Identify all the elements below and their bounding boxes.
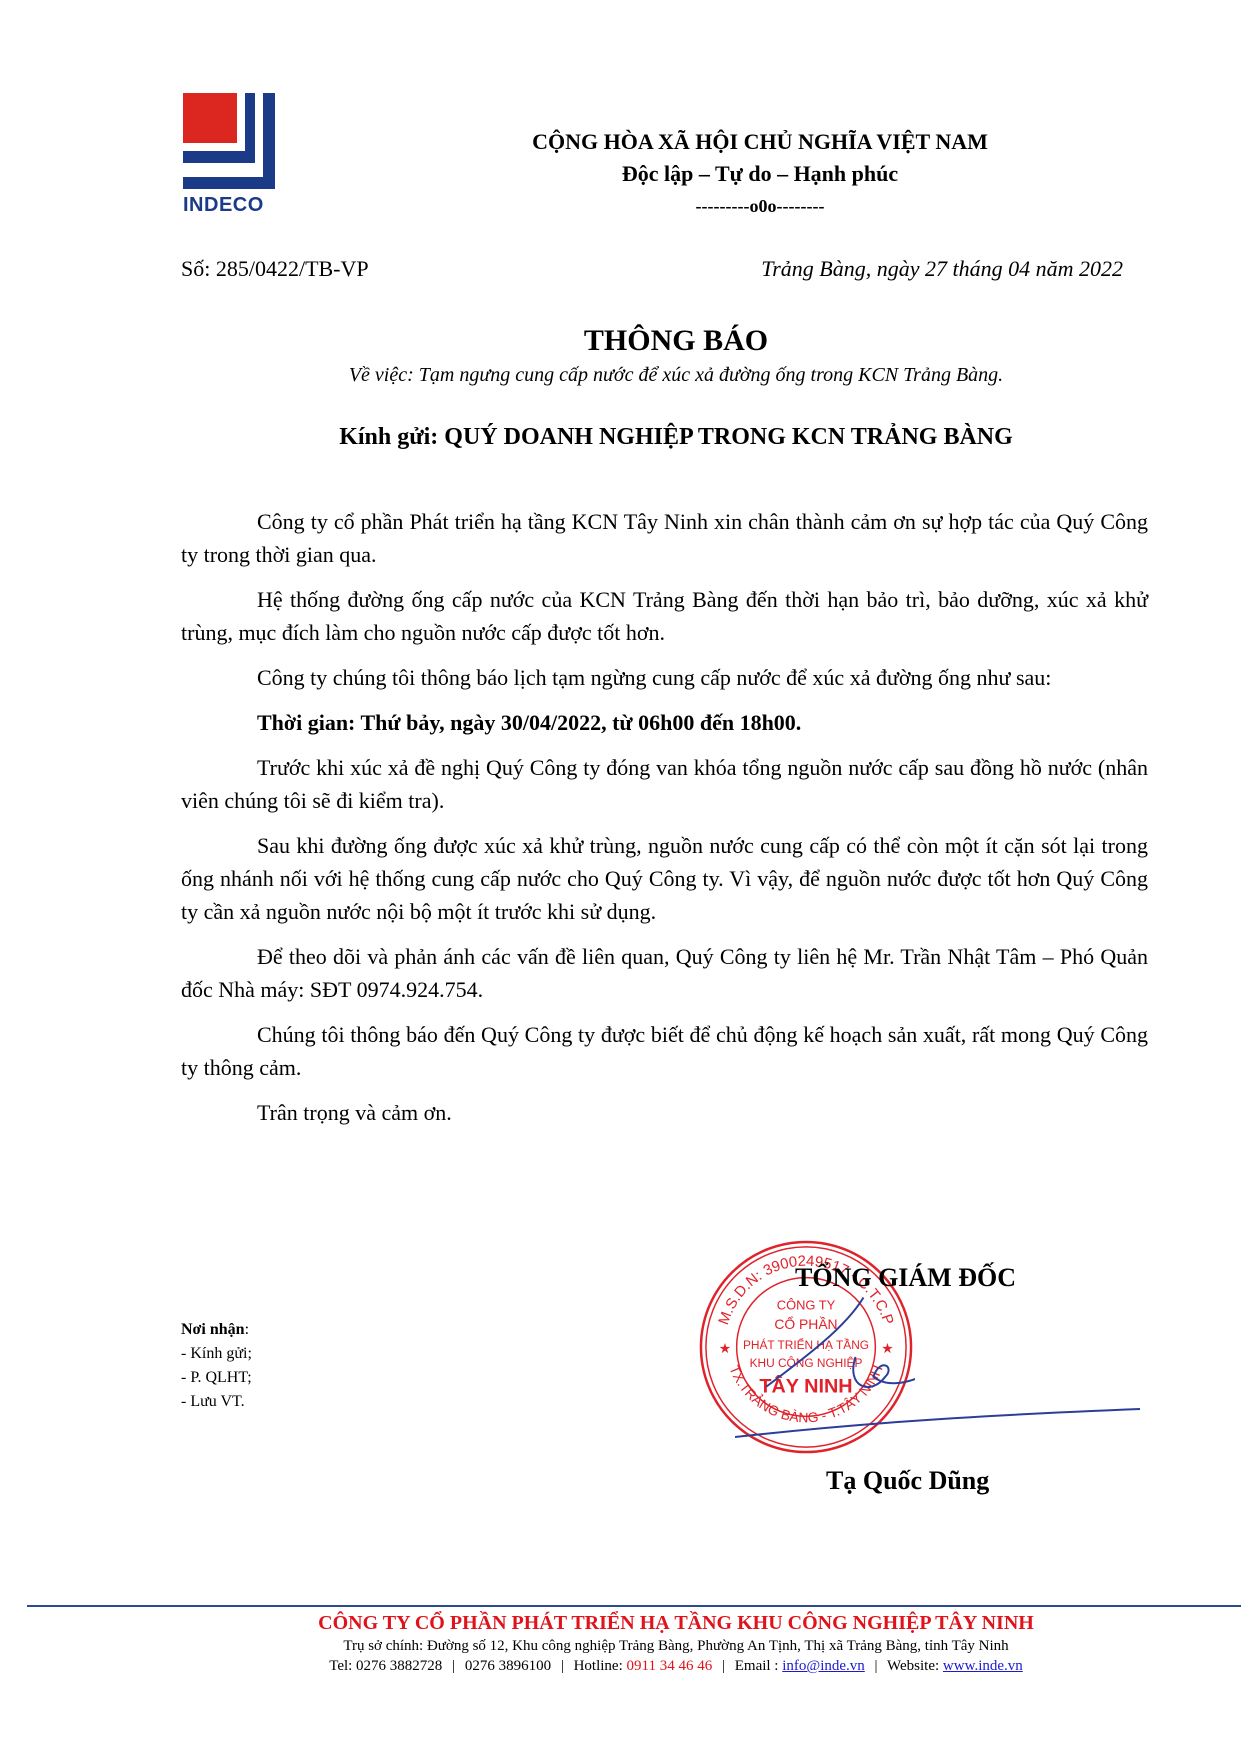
receivers-heading: Nơi nhận xyxy=(181,1321,245,1338)
footer-tel: Tel: 0276 3882728 xyxy=(329,1658,442,1674)
footer-email-link[interactable]: info@inde.vn xyxy=(782,1658,865,1674)
body-paragraph: Trước khi xúc xả đề nghị Quý Công ty đón… xyxy=(181,751,1148,817)
footer-website-link[interactable]: www.inde.vn xyxy=(943,1658,1023,1674)
national-divider: ---------o0o-------- xyxy=(460,190,1060,222)
footer-separator: | xyxy=(875,1658,878,1674)
footer-separator: | xyxy=(452,1658,455,1674)
svg-text:★: ★ xyxy=(719,1341,731,1357)
body-paragraph: Để theo dõi và phản ánh các vấn đề liên … xyxy=(181,940,1148,1006)
logo-red-square xyxy=(183,93,237,143)
page-footer: CÔNG TY CỔ PHẦN PHÁT TRIỂN HẠ TẦNG KHU C… xyxy=(0,1610,1241,1676)
svg-text:TÂY NINH: TÂY NINH xyxy=(759,1374,852,1398)
logo-bar xyxy=(183,151,255,163)
signer-title: TỔNG GIÁM ĐỐC xyxy=(795,1262,1016,1294)
logo-bar xyxy=(263,93,275,189)
svg-text:CÔNG TY: CÔNG TY xyxy=(777,1297,836,1312)
svg-text:★: ★ xyxy=(881,1341,893,1357)
document-body: Công ty cổ phần Phát triển hạ tầng KCN T… xyxy=(181,505,1148,1141)
signer-name: Tạ Quốc Dũng xyxy=(826,1464,989,1498)
footer-separator: | xyxy=(722,1658,725,1674)
body-paragraph: Công ty chúng tôi thông báo lịch tạm ngừ… xyxy=(181,661,1148,694)
footer-company-name: CÔNG TY CỔ PHẦN PHÁT TRIỂN HẠ TẦNG KHU C… xyxy=(0,1610,1241,1636)
closing-line: Trân trọng và cảm ơn. xyxy=(181,1096,1148,1129)
logo-wordmark: INDECO xyxy=(183,195,264,215)
document-subject: Về việc: Tạm ngưng cung cấp nước để xúc … xyxy=(0,360,1241,390)
footer-hotline: 0911 34 46 46 xyxy=(627,1658,713,1674)
document-title: THÔNG BÁO xyxy=(0,322,1241,360)
footer-separator: | xyxy=(561,1658,564,1674)
national-header-title: CỘNG HÒA XÃ HỘI CHỦ NGHĨA VIỆT NAM xyxy=(460,126,1060,158)
receiver-item: - Kính gửi; xyxy=(181,1342,252,1366)
body-paragraph: Công ty cổ phần Phát triển hạ tầng KCN T… xyxy=(181,505,1148,571)
recipient-line: Kính gửi: QUÝ DOANH NGHIỆP TRONG KCN TRẢ… xyxy=(0,420,1241,454)
svg-text:PHÁT TRIỂN HẠ TẦNG: PHÁT TRIỂN HẠ TẦNG xyxy=(743,1337,869,1352)
document-number: Số: 285/0422/TB-VP xyxy=(181,254,369,284)
footer-website-label: Website: xyxy=(887,1658,943,1674)
body-paragraph: Hệ thống đường ống cấp nước của KCN Trản… xyxy=(181,583,1148,649)
schedule-time: Thời gian: Thứ bảy, ngày 30/04/2022, từ … xyxy=(181,706,1148,739)
receiver-item: - Lưu VT. xyxy=(181,1390,252,1414)
national-header: CỘNG HÒA XÃ HỘI CHỦ NGHĨA VIỆT NAM Độc l… xyxy=(460,126,1060,222)
footer-contacts: Tel: 0276 3882728 | 0276 3896100 | Hotli… xyxy=(0,1656,1241,1676)
footer-address: Trụ sở chính: Đường số 12, Khu công nghi… xyxy=(0,1636,1241,1656)
national-motto: Độc lập – Tự do – Hạnh phúc xyxy=(460,158,1060,190)
place-and-date: Trảng Bàng, ngày 27 tháng 04 năm 2022 xyxy=(761,254,1123,284)
signature-stroke-icon xyxy=(735,1405,1145,1445)
logo-bar xyxy=(183,177,275,189)
company-logo: INDECO xyxy=(183,93,293,215)
receivers-list: Nơi nhận: - Kính gửi; - P. QLHT; - Lưu V… xyxy=(181,1318,252,1414)
footer-hotline-label: Hotline: xyxy=(574,1658,627,1674)
svg-text:CỔ PHẦN: CỔ PHẦN xyxy=(774,1315,837,1332)
receiver-item: - P. QLHT; xyxy=(181,1366,252,1390)
body-paragraph: Sau khi đường ống được xúc xả khử trùng,… xyxy=(181,829,1148,928)
footer-divider xyxy=(27,1605,1241,1607)
footer-tel2: 0276 3896100 xyxy=(465,1658,551,1674)
footer-email-label: Email : xyxy=(735,1658,783,1674)
body-paragraph: Chúng tôi thông báo đến Quý Công ty được… xyxy=(181,1018,1148,1084)
receivers-colon: : xyxy=(245,1321,249,1338)
